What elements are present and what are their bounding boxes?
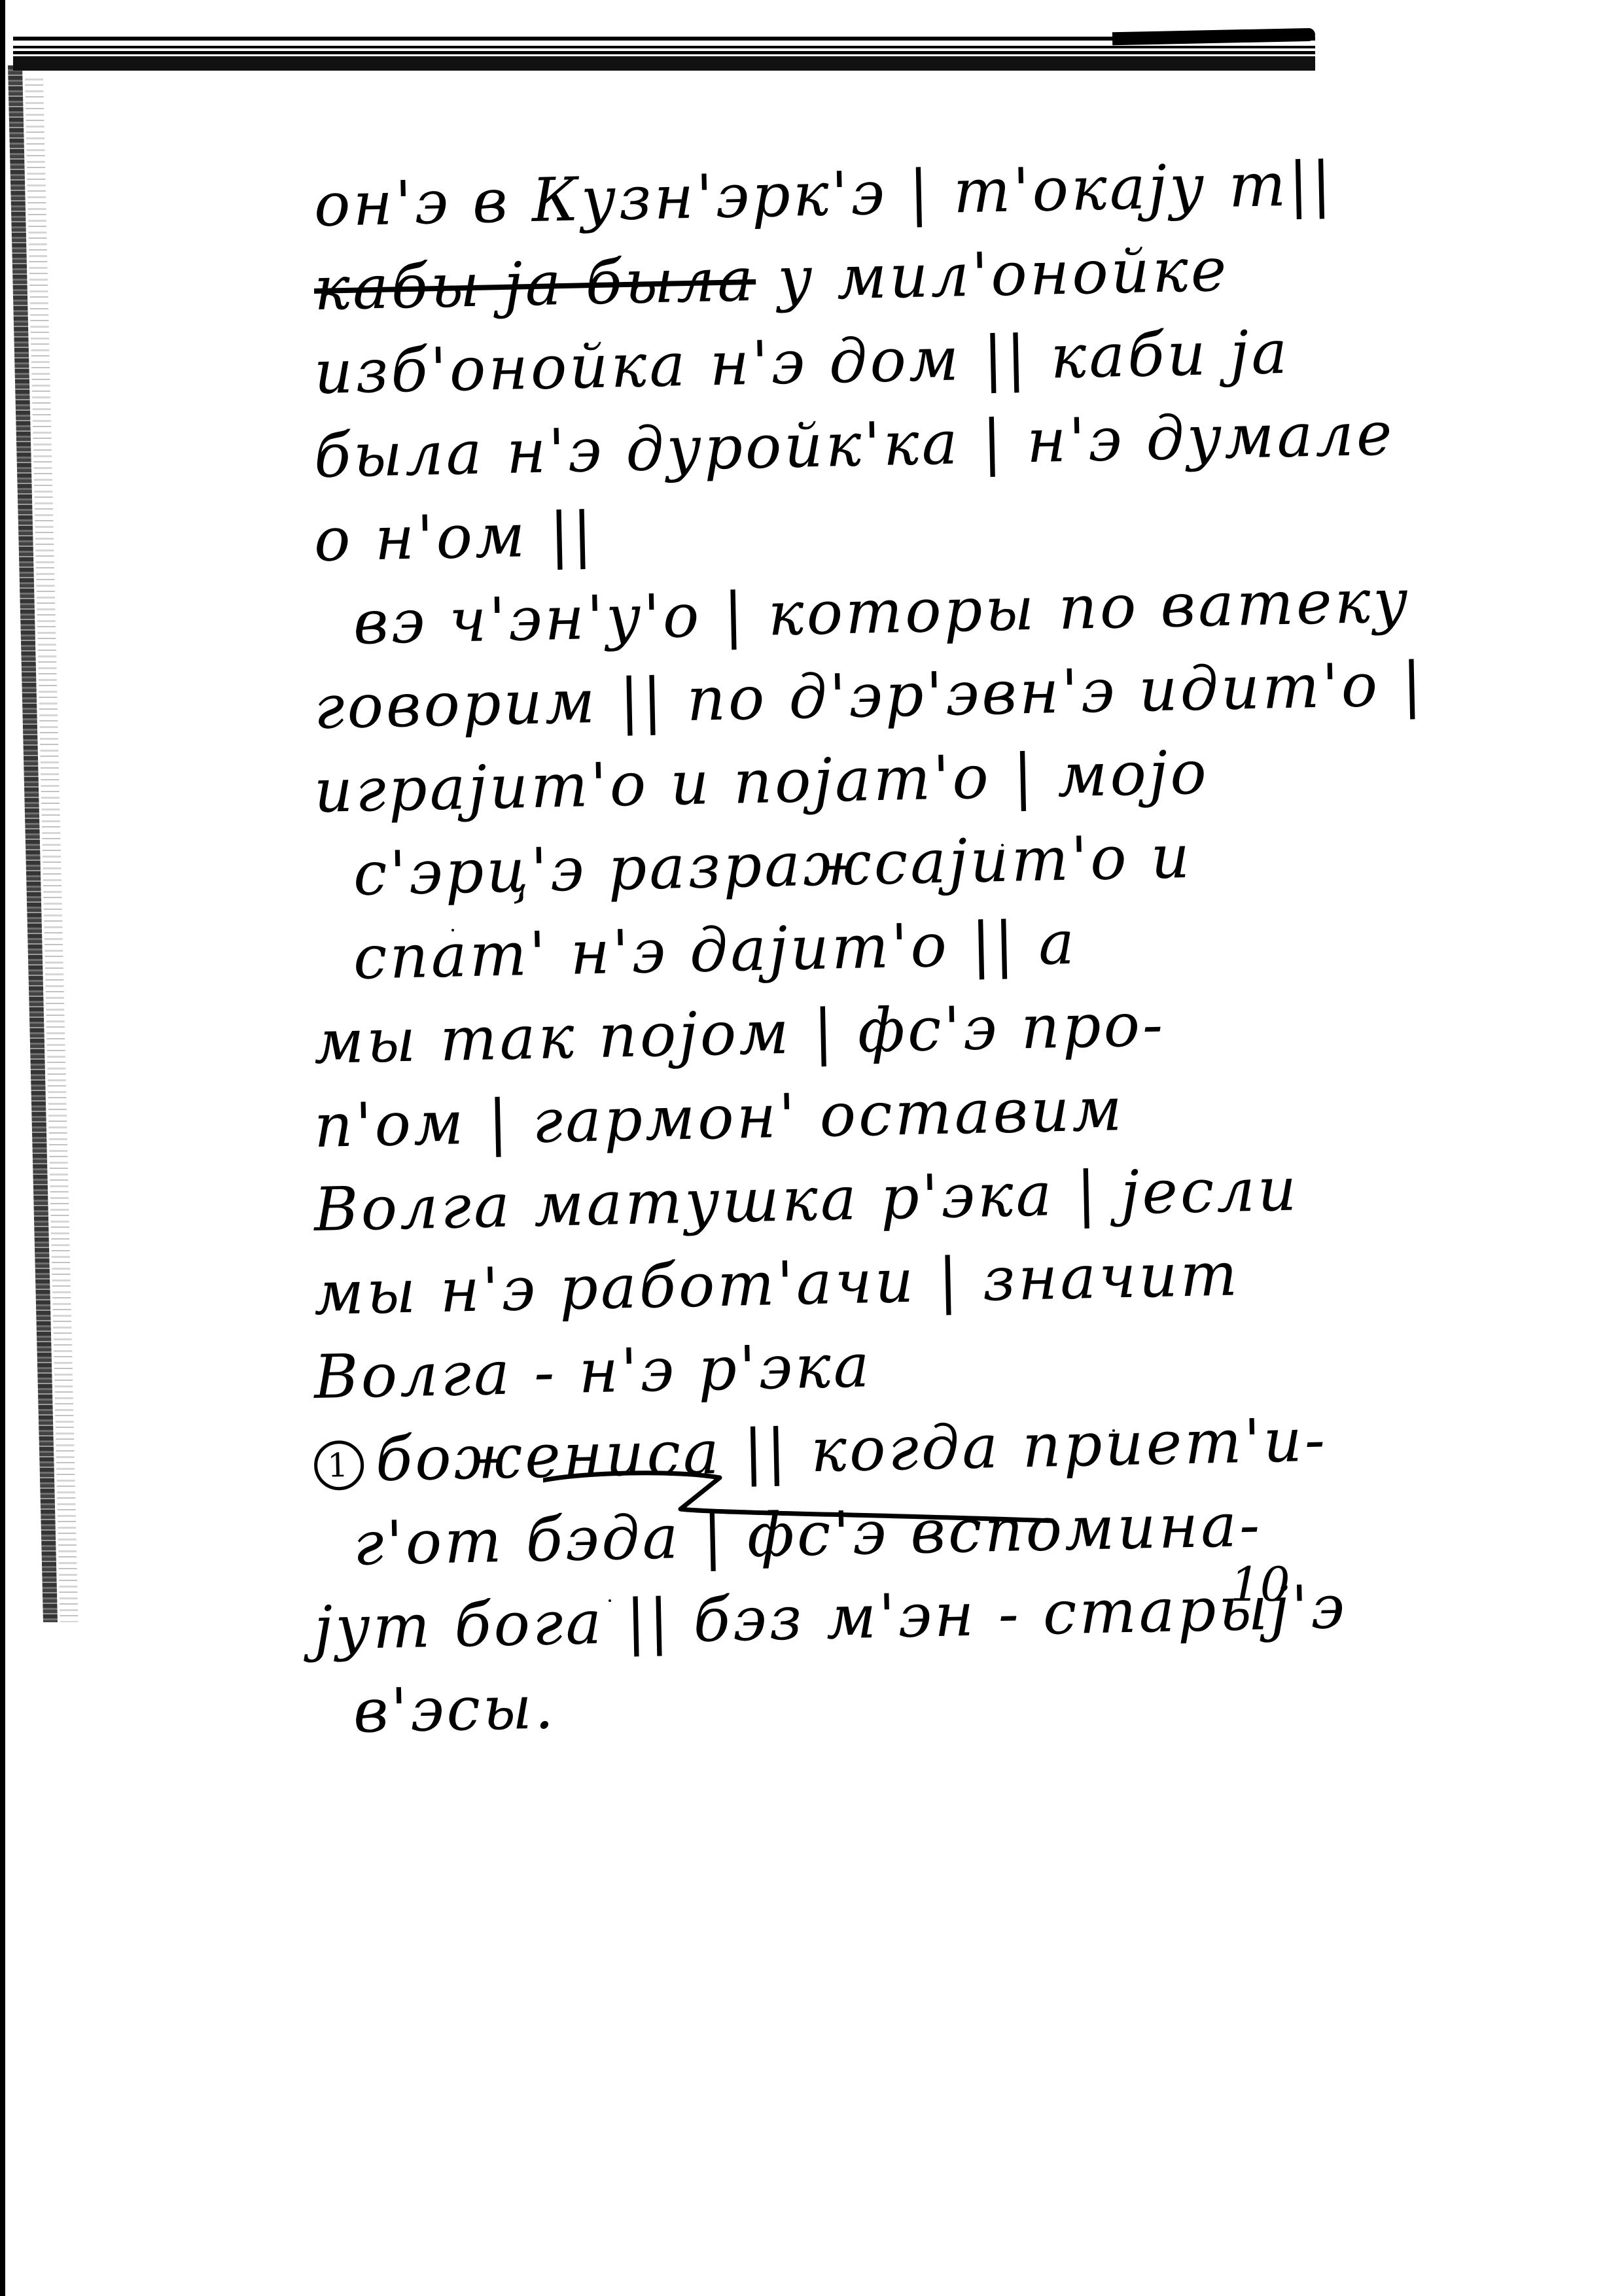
scan-speck xyxy=(451,929,454,931)
scan-edge-left xyxy=(0,0,5,2296)
scan-speck xyxy=(609,1599,611,1602)
struck-through-text: кабы ја была xyxy=(313,245,756,324)
text-line-2-rest: у мил'онойке xyxy=(755,235,1229,315)
scan-speck xyxy=(1112,1429,1115,1432)
scan-speck xyxy=(1001,844,1004,846)
page-number: 10 xyxy=(1230,1557,1290,1612)
footnote-marker-circle: 1 xyxy=(313,1440,364,1491)
end-of-text-squiggle xyxy=(543,1469,1053,1527)
